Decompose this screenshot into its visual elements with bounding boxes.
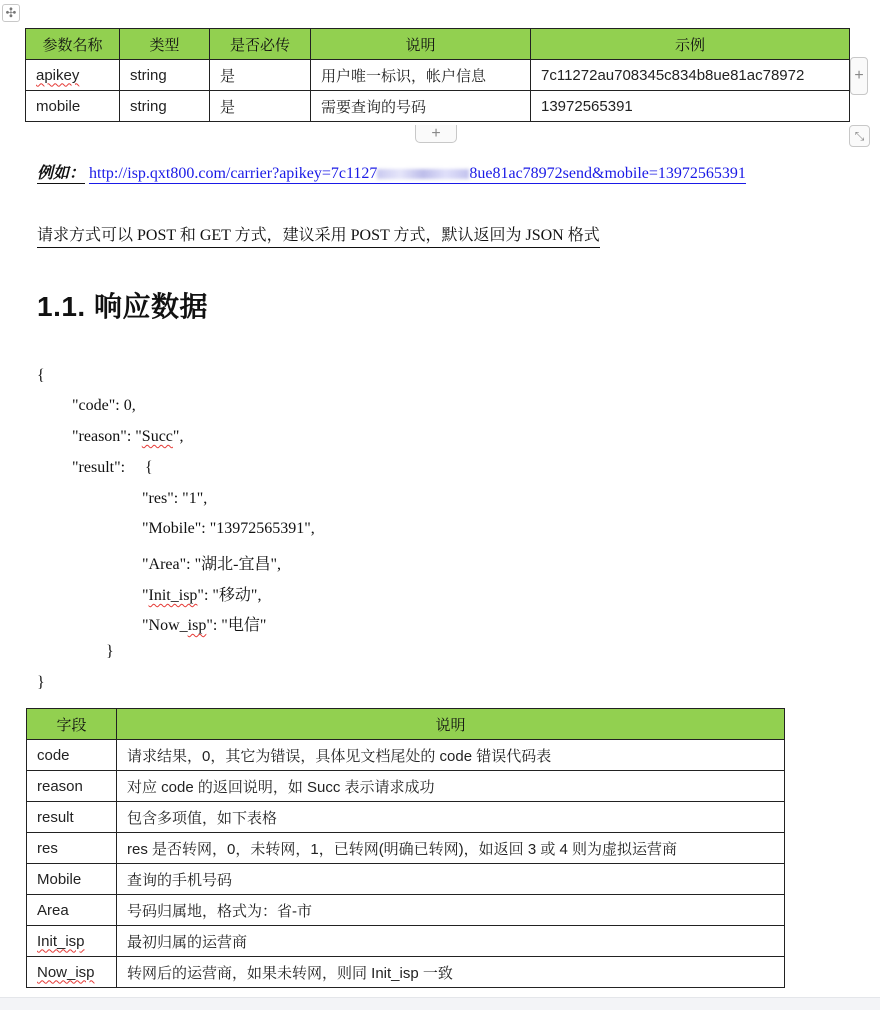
cell-description[interactable]: 用户唯一标识，帐户信息 (311, 60, 531, 91)
cell-field[interactable]: Now_isp (27, 957, 117, 988)
header-param-name: 参数名称 (26, 29, 120, 60)
json-reason-value: Succ (142, 428, 173, 445)
cell-type[interactable]: string (120, 60, 210, 91)
json-now-isp-line: "Now_isp": "电信" (142, 612, 266, 635)
example-label: 例如： (37, 165, 85, 184)
cell-field[interactable]: Init_isp (27, 926, 117, 957)
cell-field-description[interactable]: 请求结果，0，其它为错误，具体见文档尾处的 code 错误代码表 (117, 740, 785, 771)
json-close-brace: } (37, 674, 45, 692)
json-init-rest: ": "移动", (197, 587, 261, 604)
cell-field[interactable]: result (27, 802, 117, 833)
table-row: result 包含多项值，如下表格 (27, 802, 785, 833)
example-url-end: 8ue81ac78972send&mobile=13972565391 (469, 165, 746, 182)
cell-example[interactable]: 13972565391 (531, 91, 850, 122)
cell-param-name[interactable]: mobile (26, 91, 120, 122)
table-row: reason 对应 code 的返回说明，如 Succ 表示请求成功 (27, 771, 785, 802)
table-row: Area 号码归属地，格式为：省-市 (27, 895, 785, 926)
cell-type[interactable]: string (120, 91, 210, 122)
fields-table-header: 字段 说明 (27, 709, 785, 740)
table-row: res res 是否转网，0，未转网，1，已转网(明确已转网)，如返回 3 或 … (27, 833, 785, 864)
cell-field-description[interactable]: 对应 code 的返回说明，如 Succ 表示请求成功 (117, 771, 785, 802)
json-now-key: isp (188, 617, 207, 634)
cell-field-description[interactable]: res 是否转网，0，未转网，1，已转网(明确已转网)，如返回 3 或 4 则为… (117, 833, 785, 864)
add-column-button[interactable]: + (850, 57, 868, 95)
json-init-isp-line: "Init_isp": "移动", (142, 582, 261, 605)
cell-param-name[interactable]: apikey (26, 60, 120, 91)
table-row: Now_isp 转网后的运营商，如果未转网，则同 Init_isp 一致 (27, 957, 785, 988)
params-table-header: 参数名称 类型 是否必传 说明 示例 (26, 29, 850, 60)
fields-table: 字段 说明 code 请求结果，0，其它为错误，具体见文档尾处的 code 错误… (26, 708, 785, 988)
cell-example[interactable]: 7c11272au708345c834b8ue81ac78972 (531, 60, 850, 91)
cell-field-description[interactable]: 号码归属地，格式为：省-市 (117, 895, 785, 926)
json-result-line: "result": { (72, 459, 153, 477)
add-row-button[interactable]: + (415, 125, 457, 143)
field-name-text: Init_isp (37, 933, 85, 950)
header-example: 示例 (531, 29, 850, 60)
json-now-prefix: "Now_ (142, 617, 188, 634)
json-now-rest: ": "电信" (206, 617, 266, 634)
redacted-blur (377, 169, 469, 179)
header-field: 字段 (27, 709, 117, 740)
json-open-brace: { (37, 367, 45, 385)
header-field-description: 说明 (117, 709, 785, 740)
cell-required[interactable]: 是 (210, 91, 311, 122)
cell-field[interactable]: code (27, 740, 117, 771)
example-url-start: http://isp.qxt800.com/carrier?apikey=7c1… (89, 165, 377, 182)
table-row: apikey string 是 用户唯一标识，帐户信息 7c11272au708… (26, 60, 850, 91)
json-init-key: Init_isp (149, 587, 198, 604)
example-url-link[interactable]: http://isp.qxt800.com/carrier?apikey=7c1… (89, 165, 746, 184)
param-name-text: apikey (36, 67, 79, 84)
cell-field-description[interactable]: 包含多项值，如下表格 (117, 802, 785, 833)
cell-field-description[interactable]: 查询的手机号码 (117, 864, 785, 895)
cell-required[interactable]: 是 (210, 60, 311, 91)
json-code-line: "code": 0, (72, 397, 136, 415)
cell-field[interactable]: reason (27, 771, 117, 802)
section-heading: 1.1. 响应数据 (37, 285, 208, 325)
example-line: 例如： http://isp.qxt800.com/carrier?apikey… (37, 160, 746, 183)
table-row: code 请求结果，0，其它为错误，具体见文档尾处的 code 错误代码表 (27, 740, 785, 771)
cell-field-description[interactable]: 转网后的运营商，如果未转网，则同 Init_isp 一致 (117, 957, 785, 988)
bottom-status-bar (0, 997, 880, 1010)
resize-table-icon[interactable]: ⤡ (849, 125, 870, 147)
json-res-line: "res": "1", (142, 490, 207, 508)
json-reason-end: ", (173, 428, 184, 445)
cell-field[interactable]: Area (27, 895, 117, 926)
cell-description[interactable]: 需要查询的号码 (311, 91, 531, 122)
table-row: Mobile 查询的手机号码 (27, 864, 785, 895)
json-inner-close-brace: } (106, 643, 114, 661)
cell-field[interactable]: res (27, 833, 117, 864)
field-name-text: Now_isp (37, 964, 95, 981)
json-reason-key: "reason": " (72, 428, 142, 445)
json-area-line: "Area": "湖北-宜昌", (142, 551, 281, 574)
cell-field[interactable]: Mobile (27, 864, 117, 895)
table-move-handle-icon[interactable]: ✣ (2, 4, 20, 22)
request-method-note: 请求方式可以 POST 和 GET 方式，建议采用 POST 方式，默认返回为 … (37, 222, 600, 248)
json-mobile-line: "Mobile": "13972565391", (142, 520, 315, 538)
table-row: mobile string 是 需要查询的号码 13972565391 (26, 91, 850, 122)
json-reason-line: "reason": "Succ", (72, 428, 183, 446)
params-table: 参数名称 类型 是否必传 说明 示例 apikey string 是 用户唯一标… (25, 28, 850, 122)
header-type: 类型 (120, 29, 210, 60)
header-required: 是否必传 (210, 29, 311, 60)
cell-field-description[interactable]: 最初归属的运营商 (117, 926, 785, 957)
table-row: Init_isp 最初归属的运营商 (27, 926, 785, 957)
header-description: 说明 (311, 29, 531, 60)
